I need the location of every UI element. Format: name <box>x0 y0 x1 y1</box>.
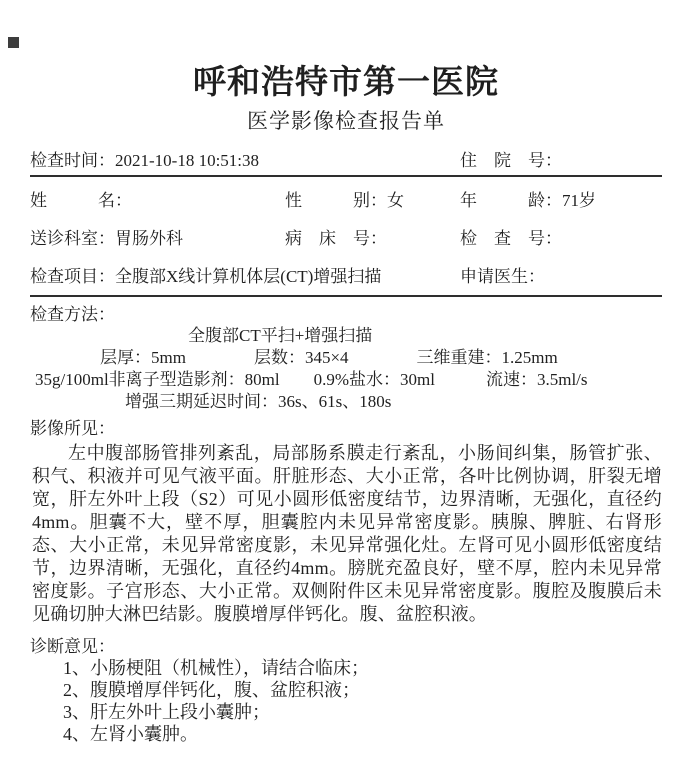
method-line: 增强三期延迟时间：36s、61s、180s <box>125 391 692 413</box>
info-row-dept-bed-examno: 送诊科室：胃肠外科 病 床 号： 检 查 号： <box>30 215 662 253</box>
method-line: 层厚：5mm 层数：345×4 三维重建：1.25mm <box>100 347 692 369</box>
findings-section-heading: 影像所见： <box>30 419 692 439</box>
report-title: 医学影像检查报告单 <box>0 107 692 135</box>
exam-time-label: 检查时间： <box>30 151 115 170</box>
inpatient-no-label: 住 院 号： <box>460 151 562 170</box>
bed-no-field: 病 床 号： <box>285 224 460 249</box>
exam-time-field: 检查时间：2021-10-18 10:51:38 <box>30 146 460 171</box>
method-line: 全腹部CT平扫+增强扫描 <box>188 325 692 347</box>
gender-field: 性 别：女 <box>285 186 460 211</box>
method-section: 全腹部CT平扫+增强扫描 层厚：5mm 层数：345×4 三维重建：1.25mm… <box>0 325 692 413</box>
age-value: 71岁 <box>562 191 596 210</box>
referral-dept-field: 送诊科室：胃肠外科 <box>30 224 285 249</box>
method-line: 35g/100ml非离子型造影剂：80ml 0.9%盐水：30ml 流速：3.5… <box>35 369 692 391</box>
exam-item-label: 检查项目： <box>30 267 115 286</box>
name-field: 姓 名： <box>30 186 285 211</box>
inpatient-no-field: 住 院 号： <box>460 146 662 171</box>
referral-dept-value: 胃肠外科 <box>115 229 183 248</box>
diagnosis-item: 2、腹膜增厚伴钙化，腹、盆腔积液； <box>63 679 692 701</box>
info-row-exam-time: 检查时间：2021-10-18 10:51:38 住 院 号： <box>30 144 662 177</box>
diagnosis-section: 诊断意见： 1、小肠梗阻（机械性），请结合临床； 2、腹膜增厚伴钙化，腹、盆腔积… <box>0 637 692 745</box>
exam-item-field: 检查项目：全腹部X线计算机体层(CT)增强扫描 <box>30 262 460 287</box>
exam-no-field: 检 查 号： <box>460 224 662 249</box>
method-section-heading: 检查方法： <box>30 305 692 325</box>
info-row-name-gender-age: 姓 名： 性 别：女 年 龄：71岁 <box>30 177 662 215</box>
findings-paragraph: 左中腹部肠管排列紊乱，局部肠系膜走行紊乱，小肠间纠集，肠管扩张、积气、积液并可见… <box>32 442 662 626</box>
exam-time-value: 2021-10-18 10:51:38 <box>115 151 259 170</box>
gender-value: 女 <box>387 191 404 210</box>
bed-no-label: 病 床 号： <box>285 229 387 248</box>
exam-no-label: 检 查 号： <box>460 229 562 248</box>
gender-label: 性 别： <box>285 191 387 210</box>
age-label: 年 龄： <box>460 191 562 210</box>
report-header: 呼和浩特市第一医院 医学影像检查报告单 <box>0 0 692 135</box>
request-doctor-label: 申请医生： <box>460 267 545 286</box>
hospital-name: 呼和浩特市第一医院 <box>0 64 692 102</box>
name-label: 姓 名： <box>30 191 132 210</box>
diagnosis-item: 3、肝左外叶上段小囊肿； <box>63 701 692 723</box>
patient-info-table: 检查时间：2021-10-18 10:51:38 住 院 号： 姓 名： 性 别… <box>30 144 662 297</box>
request-doctor-field: 申请医生： <box>460 262 662 287</box>
referral-dept-label: 送诊科室： <box>30 229 115 248</box>
age-field: 年 龄：71岁 <box>460 186 662 211</box>
scan-corner-mark <box>8 37 19 48</box>
medical-report-page: 呼和浩特市第一医院 医学影像检查报告单 检查时间：2021-10-18 10:5… <box>0 0 692 762</box>
diagnosis-item: 1、小肠梗阻（机械性），请结合临床； <box>63 657 692 679</box>
diagnosis-item: 4、左肾小囊肿。 <box>63 723 692 745</box>
diagnosis-section-heading: 诊断意见： <box>30 637 692 657</box>
exam-item-value: 全腹部X线计算机体层(CT)增强扫描 <box>115 267 381 286</box>
info-row-examitem-doctor: 检查项目：全腹部X线计算机体层(CT)增强扫描 申请医生： <box>30 253 662 297</box>
